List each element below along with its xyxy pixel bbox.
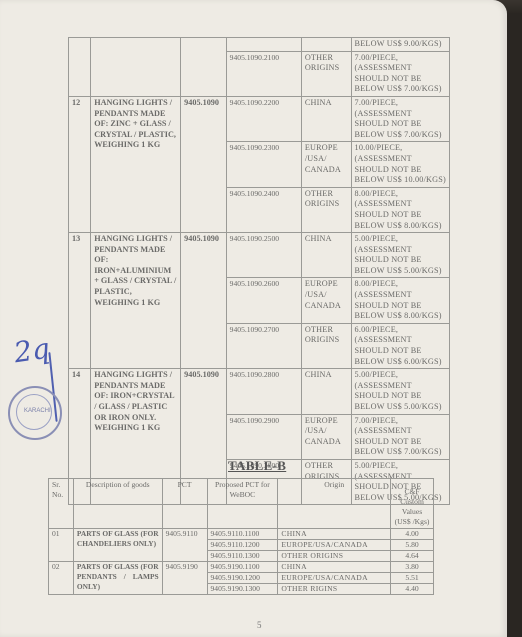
header-sr: Sr. No.: [49, 479, 74, 529]
code-cell: 9405.9190.1300: [207, 584, 278, 595]
value-cell: 7.00/PIECE, (ASSESSMENT SHOULD NOT BE BE…: [351, 51, 449, 96]
code-cell: 9405.1090.2700: [226, 323, 301, 368]
value-cell: 4.40: [391, 584, 434, 595]
origin-cell: CHINA: [301, 233, 351, 278]
value-cell: 7.00/PIECE, (ASSESSMENT SHOULD NOT BE BE…: [351, 414, 449, 459]
value-cell: BELOW US$ 9.00/KGS): [351, 38, 449, 52]
origin-cell: CHINA: [301, 96, 351, 141]
valuation-table-b: Sr. No. Description of goods PCT Propose…: [48, 478, 434, 595]
table-header-row: Sr. No. Description of goods PCT Propose…: [49, 479, 434, 529]
origin-cell: EUROPE/USA/CANADA: [278, 540, 391, 551]
value-cell: 5.00/PIECE, (ASSESSMENT SHOULD NOT BE BE…: [351, 369, 449, 414]
value-cell: 5.80: [391, 540, 434, 551]
pct-cell: 9405.1090: [181, 233, 227, 369]
origin-cell: CHINA: [278, 562, 391, 573]
page-number: 5: [257, 620, 262, 630]
header-cf-value: C&F Custom Values (US$ /Kgs): [391, 479, 434, 529]
origin-cell: EUROPE /USA/ CANADA: [301, 278, 351, 323]
sr-cell: 12: [69, 96, 91, 232]
header-proposed-pct: Proposed PCT for WeBOC: [207, 479, 278, 529]
table-row: 12 HANGING LIGHTS / PENDANTS MADE OF: ZI…: [69, 96, 450, 141]
pct-cell: 9405.9190: [162, 562, 207, 595]
code-cell: 9405.9110.1100: [207, 529, 278, 540]
sr-cell: 13: [69, 233, 91, 369]
handwritten-signature: 2q: [12, 332, 52, 370]
code-cell: 9405.1090.2300: [226, 142, 301, 187]
valuation-table-a: BELOW US$ 9.00/KGS) 9405.1090.2100 OTHER…: [68, 37, 450, 505]
origin-cell: OTHER ORIGINS: [301, 51, 351, 96]
value-cell: 4.64: [391, 551, 434, 562]
value-cell: 7.00/PIECE, (ASSESSMENT SHOULD NOT BE BE…: [351, 96, 449, 141]
table-b-title: TABLE-B: [228, 458, 286, 474]
code-cell: 9405.9190.1100: [207, 562, 278, 573]
value-cell: 4.00: [391, 529, 434, 540]
code-cell: 9405.9190.1200: [207, 573, 278, 584]
origin-cell: OTHER ORIGINS: [301, 187, 351, 232]
official-stamp-icon: KARACHI: [8, 386, 62, 440]
origin-cell: EUROPE /USA/ CANADA: [301, 142, 351, 187]
code-cell: 9405.1090.2400: [226, 187, 301, 232]
code-cell: 9405.1090.2500: [226, 233, 301, 278]
value-cell: 5.51: [391, 573, 434, 584]
code-cell: 9405.1090.2900: [226, 414, 301, 459]
table-row: 02 PARTS OF GLASS (FOR PENDANTS / LAMPS …: [49, 562, 434, 573]
value-cell: 8.00/PIECE, (ASSESSMENT SHOULD NOT BE BE…: [351, 187, 449, 232]
header-description: Description of goods: [73, 479, 162, 529]
description-cell: HANGING LIGHTS / PENDANTS MADE OF: IRON+…: [91, 233, 181, 369]
stamp-text: KARACHI: [24, 408, 51, 414]
value-cell: 8.00/PIECE, (ASSESSMENT SHOULD NOT BE BE…: [351, 278, 449, 323]
origin-cell: OTHER ORIGINS: [278, 551, 391, 562]
value-cell: 6.00/PIECE, (ASSESSMENT SHOULD NOT BE BE…: [351, 323, 449, 368]
origin-cell: EUROPE/USA/CANADA: [278, 573, 391, 584]
header-pct: PCT: [162, 479, 207, 529]
table-row: BELOW US$ 9.00/KGS): [69, 38, 450, 52]
value-cell: 3.80: [391, 562, 434, 573]
origin-cell: OTHER ORIGINS: [301, 323, 351, 368]
document-page: BELOW US$ 9.00/KGS) 9405.1090.2100 OTHER…: [0, 0, 507, 637]
header-origin: Origin: [278, 479, 391, 529]
code-cell: 9405.1090.2200: [226, 96, 301, 141]
sr-cell: 02: [49, 562, 74, 595]
origin-cell: CHINA: [301, 369, 351, 414]
value-cell: 10.00/PIECE, (ASSESSMENT SHOULD NOT BE B…: [351, 142, 449, 187]
origin-cell: CHINA: [278, 529, 391, 540]
sr-cell: 01: [49, 529, 74, 562]
pct-cell: 9405.9110: [162, 529, 207, 562]
table-row: 13 HANGING LIGHTS / PENDANTS MADE OF: IR…: [69, 233, 450, 278]
description-cell: HANGING LIGHTS / PENDANTS MADE OF: ZINC …: [91, 96, 181, 232]
code-cell: 9405.1090.2600: [226, 278, 301, 323]
code-cell: 9405.9110.1300: [207, 551, 278, 562]
code-cell: 9405.9110.1200: [207, 540, 278, 551]
code-cell: 9405.1090.2800: [226, 369, 301, 414]
table-row: 14 HANGING LIGHTS / PENDANTS MADE OF: IR…: [69, 369, 450, 414]
pct-cell: 9405.1090: [181, 96, 227, 232]
description-cell: PARTS OF GLASS (FOR PENDANTS / LAMPS ONL…: [73, 562, 162, 595]
origin-cell: OTHER RIGINS: [278, 584, 391, 595]
value-cell: 5.00/PIECE, (ASSESSMENT SHOULD NOT BE BE…: [351, 233, 449, 278]
table-row: 01 PARTS OF GLASS (FOR CHANDELIERS ONLY)…: [49, 529, 434, 540]
origin-cell: EUROPE /USA/ CANADA: [301, 414, 351, 459]
description-cell: PARTS OF GLASS (FOR CHANDELIERS ONLY): [73, 529, 162, 562]
code-cell: 9405.1090.2100: [226, 51, 301, 96]
